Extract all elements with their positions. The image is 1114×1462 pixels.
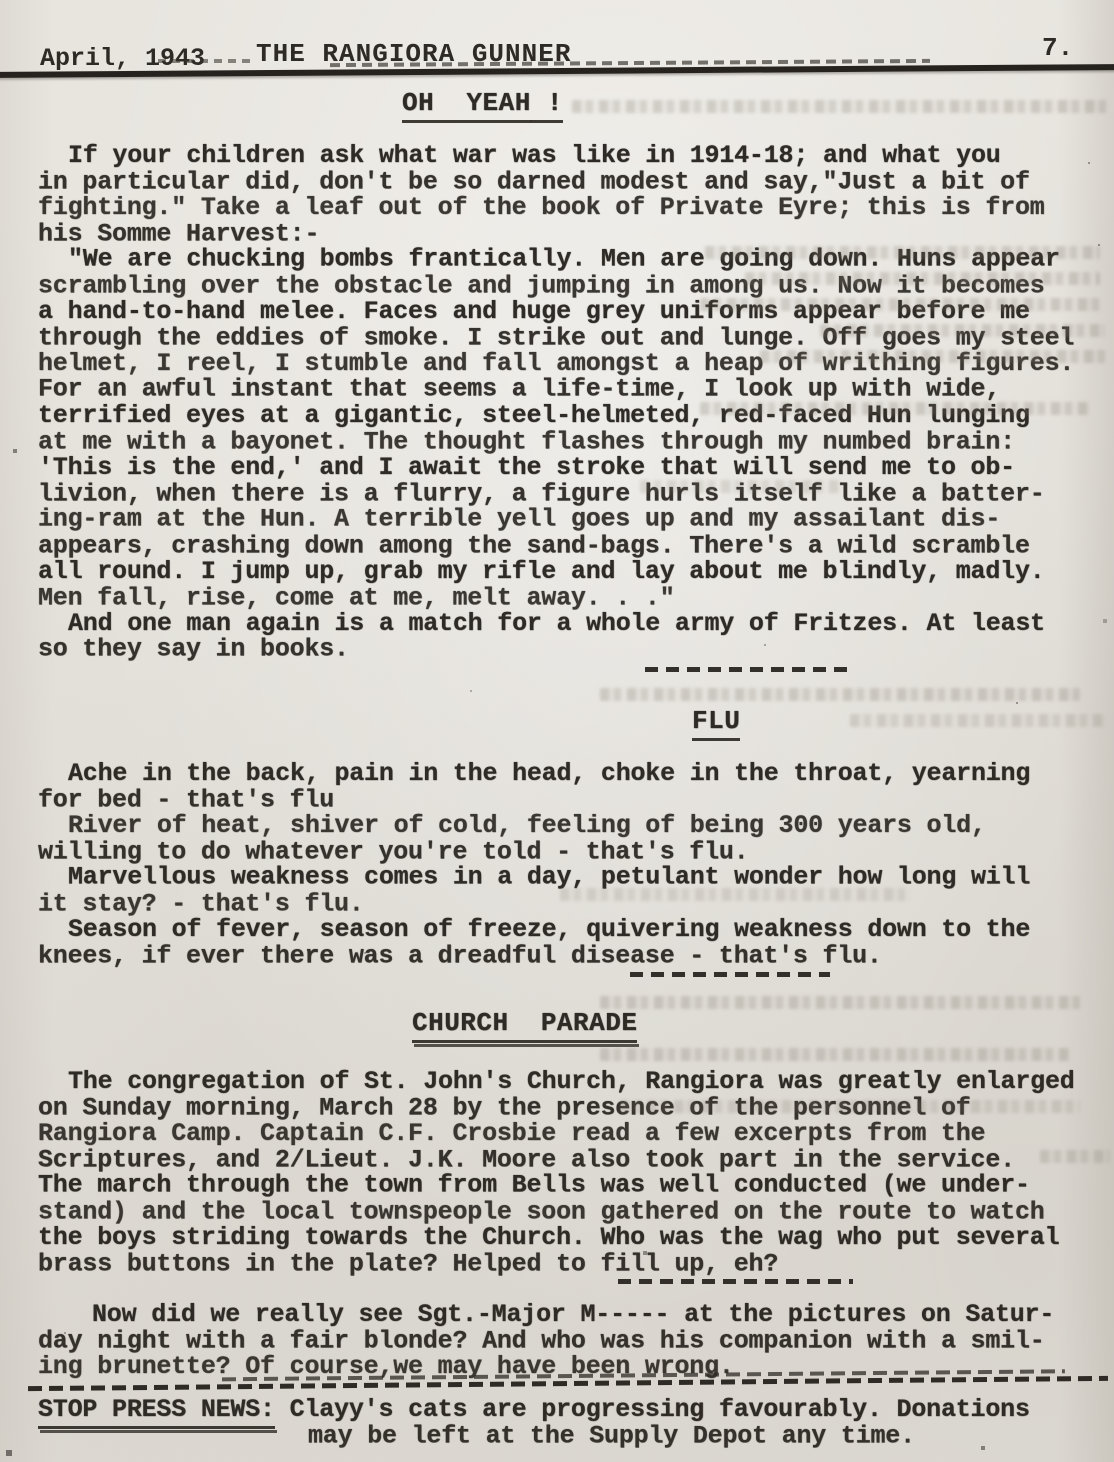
- bleedthrough-artifact: [600, 996, 1080, 1009]
- article-title-flu: FLU: [692, 706, 740, 736]
- text-line: in particular did, don't be so darned mo…: [38, 170, 1074, 196]
- text-line: The congregation of St. John's Church, R…: [38, 1069, 1075, 1095]
- bleedthrough-artifact: [850, 714, 1105, 727]
- article-title-text: FLU: [692, 706, 740, 741]
- text-line: If your children ask what war was like i…: [38, 143, 1074, 169]
- scan-speck-artifacts: [0, 0, 2, 2]
- text-line: day night with a fair blonde? And who wa…: [38, 1329, 1054, 1355]
- text-line: 'This is the end,' and I await the strok…: [38, 455, 1074, 481]
- text-line: for bed - that's flu: [38, 788, 1030, 814]
- text-line: his Somme Harvest:-: [38, 222, 1074, 248]
- text-line: River of heat, shiver of cold, feeling o…: [38, 813, 1030, 839]
- text-line: ing-ram at the Hun. A terrible yell goes…: [38, 507, 1074, 533]
- bleedthrough-artifact: [572, 100, 1107, 113]
- text-line: at me with a bayonet. The thought flashe…: [38, 430, 1074, 456]
- section-divider: [618, 1279, 853, 1284]
- stop-press-headline-line: STOP PRESS NEWS: Clayy's cats are progre…: [38, 1397, 1030, 1423]
- text-line: Season of fever, season of freeze, quive…: [38, 917, 1030, 943]
- text-line: fighting." Take a leaf out of the book o…: [38, 195, 1074, 221]
- text-line: willing to do whatever you're told - tha…: [38, 840, 1030, 866]
- text-line: Scriptures, and 2/Lieut. J.K. Moore also…: [38, 1148, 1075, 1174]
- text-line: Marvellous weakness comes in a day, petu…: [38, 865, 1030, 891]
- text-line: Men fall, rise, come at me, melt away. .…: [38, 586, 1074, 612]
- bleedthrough-artifact: [820, 324, 1105, 337]
- bleedthrough-artifact: [620, 1100, 1080, 1113]
- text-line: The march through the town from Bells wa…: [38, 1173, 1075, 1199]
- bleedthrough-artifact: [760, 350, 1105, 363]
- text-line: knees, if ever there was a dreadful dise…: [38, 944, 1030, 970]
- bleedthrough-artifact: [705, 246, 1100, 259]
- article-body-flu: Ache in the back, pain in the head, chok…: [38, 761, 1030, 969]
- bleedthrough-artifact: [600, 688, 1080, 701]
- text-line: so they say in books.: [38, 637, 1074, 663]
- text-line: livion, when there is a flurry, a figure…: [38, 482, 1074, 508]
- bleedthrough-artifact: [700, 402, 1090, 415]
- text-line: Now did we really see Sgt.-Major M----- …: [38, 1302, 1054, 1328]
- article-title-text: CHURCH PARADE: [412, 1008, 637, 1043]
- gossip-paragraph: Now did we really see Sgt.-Major M----- …: [38, 1302, 1054, 1380]
- stop-press: STOP PRESS NEWS: Clayy's cats are progre…: [38, 1397, 1030, 1449]
- bleedthrough-artifact: [745, 272, 1100, 285]
- text-line: appears, crashing down among the sand-ba…: [38, 534, 1074, 560]
- page-number: 7.: [1042, 33, 1073, 63]
- text-line: the boys striding towards the Church. Wh…: [38, 1225, 1075, 1251]
- text-line: Ache in the back, pain in the head, chok…: [38, 761, 1030, 787]
- bleedthrough-artifact: [600, 1048, 1070, 1061]
- text-line: Rangiora Camp. Captain C.F. Crosbie read…: [38, 1121, 1075, 1147]
- article-title-church-parade: CHURCH PARADE: [412, 1008, 637, 1038]
- text-line: stand) and the local townspeople soon ga…: [38, 1200, 1075, 1226]
- leader-dots-artifact: [158, 59, 254, 63]
- stop-press-continuation: may be left at the Supply Depot any time…: [38, 1424, 1030, 1450]
- article-title-oh-yeah: OH YEAH !: [402, 88, 563, 118]
- bleedthrough-artifact: [560, 888, 910, 901]
- bleedthrough-artifact: [700, 298, 1100, 311]
- text-line: all round. I jump up, grab my rifle and …: [38, 559, 1074, 585]
- section-divider: [630, 972, 830, 977]
- newsletter-page-scan: April, 1943 THE RANGIORA GUNNER 7. OH YE…: [0, 0, 1114, 1462]
- bleedthrough-artifact: [1040, 1150, 1110, 1163]
- bleedthrough-artifact: [640, 480, 840, 493]
- text-line: brass buttons in the plate? Helped to fi…: [38, 1252, 1075, 1278]
- section-divider: [645, 667, 855, 672]
- text-line: And one man again is a match for a whole…: [38, 611, 1074, 637]
- article-title-text: OH YEAH !: [402, 88, 563, 123]
- text-line: For an awful instant that seems a life-t…: [38, 377, 1074, 403]
- stop-press-headline: Clayy's cats are progressing favourably.…: [275, 1395, 1030, 1424]
